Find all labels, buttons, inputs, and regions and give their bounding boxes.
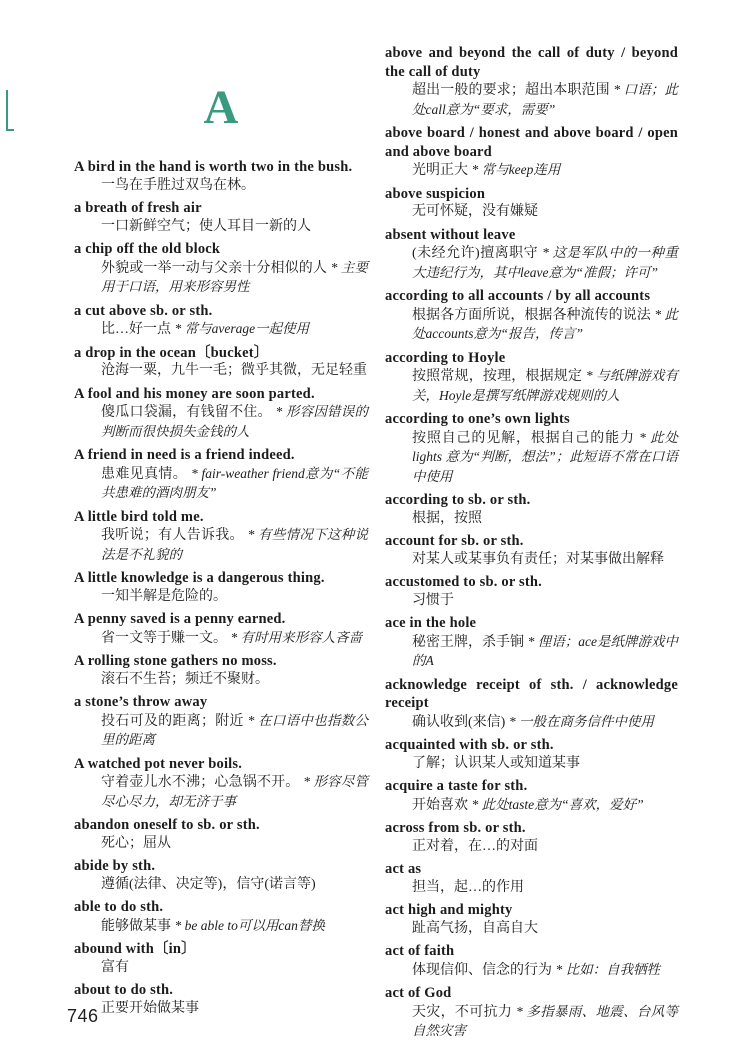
entry-headword: act of God bbox=[385, 984, 678, 1003]
definition-text: 天灾，不可抗力 bbox=[412, 1005, 512, 1020]
entry-definition: 省一文等于赚一文。 * 有时用来形容人吝啬 bbox=[74, 629, 368, 649]
entry-headword: A little knowledge is a dangerous thing. bbox=[74, 569, 368, 588]
dictionary-entry: account for sb. or sth. 对某人或某事负有责任；对某事做出… bbox=[385, 532, 678, 569]
entry-headword: absent without leave bbox=[385, 226, 678, 245]
entry-definition: 富有 bbox=[74, 959, 368, 978]
dictionary-entry: according to one’s own lights 按照自己的见解，根据… bbox=[385, 410, 678, 487]
usage-note: * 一般在商务信件中使用 bbox=[509, 714, 654, 729]
dictionary-entry: A bird in the hand is worth two in the b… bbox=[74, 158, 368, 195]
entry-definition: 正要开始做某事 bbox=[74, 1000, 368, 1019]
entry-headword: above suspicion bbox=[385, 185, 678, 204]
entry-headword: abide by sth. bbox=[74, 857, 368, 876]
entry-headword: a stone’s throw away bbox=[74, 693, 368, 712]
definition-text: 一口新鲜空气；使人耳目一新的人 bbox=[101, 219, 311, 234]
entry-headword: about to do sth. bbox=[74, 981, 368, 1000]
definition-text: 对某人或某事负有责任；对某事做出解释 bbox=[412, 552, 664, 567]
entry-headword: abound with〔in〕 bbox=[74, 940, 368, 959]
entry-headword: acknowledge receipt of sth. / acknowledg… bbox=[385, 676, 678, 713]
entry-headword: ace in the hole bbox=[385, 614, 678, 633]
definition-text: 习惯于 bbox=[412, 593, 454, 608]
entry-definition: 投石可及的距离；附近 * 在口语中也指数公里的距离 bbox=[74, 712, 368, 751]
dictionary-entry: ace in the hole 秘密王牌，杀手锏 * 俚语；ace是纸牌游戏中的… bbox=[385, 614, 678, 672]
dictionary-entry: above board / honest and above board / o… bbox=[385, 124, 678, 181]
entry-definition: 滚石不生苔；频迁不聚财。 bbox=[74, 671, 368, 690]
entry-headword: A bird in the hand is worth two in the b… bbox=[74, 158, 368, 177]
definition-text: 投石可及的距离；附近 bbox=[101, 714, 244, 729]
dictionary-entry: a breath of fresh air 一口新鲜空气；使人耳目一新的人 bbox=[74, 199, 368, 236]
entry-headword: above and beyond the call of duty / beyo… bbox=[385, 44, 678, 81]
entry-headword: across from sb. or sth. bbox=[385, 819, 678, 838]
entry-definition: 对某人或某事负有责任；对某事做出解释 bbox=[385, 551, 678, 570]
dictionary-entry: A little knowledge is a dangerous thing.… bbox=[74, 569, 368, 606]
entry-headword: A rolling stone gathers no moss. bbox=[74, 652, 368, 671]
definition-text: 趾高气扬，自高自大 bbox=[412, 921, 538, 936]
entry-definition: 确认收到(来信) * 一般在商务信件中使用 bbox=[385, 713, 678, 733]
definition-text: 省一文等于赚一文。 bbox=[101, 631, 227, 646]
dictionary-entry: A rolling stone gathers no moss. 滚石不生苔；频… bbox=[74, 652, 368, 689]
definition-text: 能够做某事 bbox=[101, 919, 171, 934]
entry-definition: 正对着，在…的对面 bbox=[385, 838, 678, 857]
entry-headword: a cut above sb. or sth. bbox=[74, 302, 368, 321]
entry-definition: 习惯于 bbox=[385, 592, 678, 611]
entry-headword: accustomed to sb. or sth. bbox=[385, 573, 678, 592]
dictionary-entry: able to do sth. 能够做某事 * be able to可以用can… bbox=[74, 898, 368, 936]
entry-definition: 担当，起…的作用 bbox=[385, 879, 678, 898]
definition-text: 超出一般的要求；超出本职范围 bbox=[412, 83, 610, 98]
entry-headword: A friend in need is a friend indeed. bbox=[74, 446, 368, 465]
dictionary-entry: absent without leave (未经允许)擅离职守 * 这是军队中的… bbox=[385, 226, 678, 284]
entry-headword: according to sb. or sth. bbox=[385, 491, 678, 510]
definition-text: 担当，起…的作用 bbox=[412, 880, 524, 895]
dictionary-entry: act of faith 体现信仰、信念的行为 * 比如：自我牺牲 bbox=[385, 942, 678, 980]
right-column: above and beyond the call of duty / beyo… bbox=[385, 44, 678, 1046]
entry-headword: according to all accounts / by all accou… bbox=[385, 287, 678, 306]
dictionary-entry: A friend in need is a friend indeed. 患难见… bbox=[74, 446, 368, 504]
entry-definition: 秘密王牌，杀手锏 * 俚语；ace是纸牌游戏中的A bbox=[385, 633, 678, 672]
entry-headword: a drop in the ocean〔bucket〕 bbox=[74, 344, 368, 363]
dictionary-entry: act as 担当，起…的作用 bbox=[385, 860, 678, 897]
dictionary-entry: a chip off the old block 外貌或一举一动与父亲十分相似的… bbox=[74, 240, 368, 298]
dictionary-entry: across from sb. or sth. 正对着，在…的对面 bbox=[385, 819, 678, 856]
entry-definition: 无可怀疑，没有嫌疑 bbox=[385, 203, 678, 222]
dictionary-entry: abandon oneself to sb. or sth. 死心；屈从 bbox=[74, 816, 368, 853]
left-column: A A bird in the hand is worth two in the… bbox=[74, 84, 368, 1022]
entry-definition: 沧海一粟，九牛一毛；微乎其微，无足轻重 bbox=[74, 362, 368, 381]
definition-text: 了解；认识某人或知道某事 bbox=[412, 756, 580, 771]
entry-definition: 外貌或一举一动与父亲十分相似的人 * 主要用于口语，用来形容男性 bbox=[74, 259, 368, 298]
definition-text: 正对着，在…的对面 bbox=[412, 839, 538, 854]
definition-text: 按照自己的见解，根据自己的能力 bbox=[412, 431, 635, 446]
definition-text: 秘密王牌，杀手锏 bbox=[412, 635, 524, 650]
definition-text: 外貌或一举一动与父亲十分相似的人 bbox=[101, 261, 327, 276]
definition-text: 我听说；有人告诉我。 bbox=[101, 528, 244, 543]
definition-text: 比…好一点 bbox=[101, 322, 171, 337]
entry-definition: (未经允许)擅离职守 * 这是军队中的一种重大违纪行为，其中leave意为“准假… bbox=[385, 244, 678, 283]
definition-text: 开始喜欢 bbox=[412, 798, 468, 813]
dictionary-entry: according to Hoyle 按照常规，按理，根据规定 * 与纸牌游戏有… bbox=[385, 349, 678, 407]
usage-note: * 常与keep连用 bbox=[472, 162, 561, 177]
definition-text: 无可怀疑，没有嫌疑 bbox=[412, 204, 538, 219]
definition-text: 一知半解是危险的。 bbox=[101, 589, 227, 604]
definition-text: 确认收到(来信) bbox=[412, 715, 505, 730]
entry-headword: A watched pot never boils. bbox=[74, 755, 368, 774]
dictionary-entry: accustomed to sb. or sth. 习惯于 bbox=[385, 573, 678, 610]
dictionary-entry: acquainted with sb. or sth. 了解；认识某人或知道某事 bbox=[385, 736, 678, 773]
definition-text: 遵循(法律、决定等)，信守(诺言等) bbox=[101, 877, 316, 892]
dictionary-entry: abound with〔in〕 富有 bbox=[74, 940, 368, 977]
dictionary-entry: A watched pot never boils. 守着壶儿水不沸；心急锅不开… bbox=[74, 755, 368, 813]
entry-headword: able to do sth. bbox=[74, 898, 368, 917]
dictionary-entry: according to all accounts / by all accou… bbox=[385, 287, 678, 345]
definition-text: 根据，按照 bbox=[412, 511, 482, 526]
entry-definition: 按照自己的见解，根据自己的能力 * 此处lights 意为“判断，想法”；此短语… bbox=[385, 429, 678, 488]
dictionary-entry: A little bird told me. 我听说；有人告诉我。 * 有些情况… bbox=[74, 508, 368, 566]
definition-text: 正要开始做某事 bbox=[101, 1001, 199, 1016]
dictionary-page: A A bird in the hand is worth two in the… bbox=[0, 0, 750, 1063]
dictionary-entry: A penny saved is a penny earned. 省一文等于赚一… bbox=[74, 610, 368, 648]
entry-headword: account for sb. or sth. bbox=[385, 532, 678, 551]
entry-definition: 开始喜欢 * 此处taste意为“喜欢，爱好” bbox=[385, 796, 678, 816]
entry-headword: act high and mighty bbox=[385, 901, 678, 920]
definition-text: 一鸟在手胜过双鸟在林。 bbox=[101, 178, 255, 193]
dictionary-entry: a drop in the ocean〔bucket〕 沧海一粟，九牛一毛；微乎… bbox=[74, 344, 368, 381]
dictionary-entry: abide by sth. 遵循(法律、决定等)，信守(诺言等) bbox=[74, 857, 368, 894]
entry-definition: 守着壶儿水不沸；心急锅不开。 * 形容尽管尽心尽力，却无济于事 bbox=[74, 773, 368, 812]
entry-definition: 遵循(法律、决定等)，信守(诺言等) bbox=[74, 876, 368, 895]
definition-text: 傻瓜口袋漏，有钱留不住。 bbox=[101, 405, 272, 420]
entry-headword: abandon oneself to sb. or sth. bbox=[74, 816, 368, 835]
entry-headword: A penny saved is a penny earned. bbox=[74, 610, 368, 629]
usage-note: * 有时用来形容人吝啬 bbox=[231, 630, 363, 645]
entry-headword: a breath of fresh air bbox=[74, 199, 368, 218]
entry-definition: 我听说；有人告诉我。 * 有些情况下这种说法是不礼貌的 bbox=[74, 526, 368, 565]
definition-text: 体现信仰、信念的行为 bbox=[412, 963, 552, 978]
entry-definition: 患难见真情。 * fair-weather friend意为“不能共患难的酒肉朋… bbox=[74, 465, 368, 504]
entry-definition: 一知半解是危险的。 bbox=[74, 588, 368, 607]
entry-definition: 超出一般的要求；超出本职范围 * 口语；此处call意为“要求，需要” bbox=[385, 81, 678, 120]
dictionary-entry: acknowledge receipt of sth. / acknowledg… bbox=[385, 676, 678, 733]
entry-headword: according to Hoyle bbox=[385, 349, 678, 368]
dictionary-entry: A fool and his money are soon parted. 傻瓜… bbox=[74, 385, 368, 443]
definition-text: 患难见真情。 bbox=[101, 467, 187, 482]
definition-text: 按照常规，按理，根据规定 bbox=[412, 369, 582, 384]
usage-note: * 常与average一起使用 bbox=[175, 321, 310, 336]
definition-text: 死心；屈从 bbox=[101, 836, 171, 851]
dictionary-entry: above and beyond the call of duty / beyo… bbox=[385, 44, 678, 120]
entry-definition: 天灾，不可抗力 * 多指暴雨、地震、台风等自然灾害 bbox=[385, 1003, 678, 1042]
definition-text: 根据各方面所说，根据各种流传的说法 bbox=[412, 308, 651, 323]
entry-headword: A fool and his money are soon parted. bbox=[74, 385, 368, 404]
dictionary-entry: acquire a taste for sth. 开始喜欢 * 此处taste意… bbox=[385, 777, 678, 815]
dictionary-entry: a cut above sb. or sth. 比…好一点 * 常与averag… bbox=[74, 302, 368, 340]
dictionary-entry: about to do sth. 正要开始做某事 bbox=[74, 981, 368, 1018]
definition-text: (未经允许)擅离职守 bbox=[412, 246, 538, 261]
entry-definition: 一鸟在手胜过双鸟在林。 bbox=[74, 177, 368, 196]
entry-definition: 光明正大 * 常与keep连用 bbox=[385, 161, 678, 181]
entry-definition: 根据各方面所说，根据各种流传的说法 * 此处accounts意为“报告，传言” bbox=[385, 306, 678, 345]
entry-definition: 了解；认识某人或知道某事 bbox=[385, 755, 678, 774]
entry-definition: 死心；屈从 bbox=[74, 835, 368, 854]
definition-text: 滚石不生苔；频迁不聚财。 bbox=[101, 672, 269, 687]
usage-note: * be able to可以用can替换 bbox=[175, 918, 325, 933]
entry-definition: 体现信仰、信念的行为 * 比如：自我牺牲 bbox=[385, 961, 678, 981]
entry-list-left: A bird in the hand is worth two in the b… bbox=[74, 158, 368, 1018]
entry-definition: 趾高气扬，自高自大 bbox=[385, 920, 678, 939]
entry-definition: 傻瓜口袋漏，有钱留不住。 * 形容因错误的判断而很快损失金钱的人 bbox=[74, 403, 368, 442]
entry-headword: above board / honest and above board / o… bbox=[385, 124, 678, 161]
page-number: 746 bbox=[67, 1006, 99, 1027]
entry-list-right: above and beyond the call of duty / beyo… bbox=[385, 44, 678, 1042]
entry-headword: act of faith bbox=[385, 942, 678, 961]
section-letter-heading: A bbox=[74, 84, 368, 132]
entry-definition: 根据，按照 bbox=[385, 510, 678, 529]
entry-definition: 一口新鲜空气；使人耳目一新的人 bbox=[74, 218, 368, 237]
dictionary-entry: according to sb. or sth. 根据，按照 bbox=[385, 491, 678, 528]
dictionary-entry: act of God 天灾，不可抗力 * 多指暴雨、地震、台风等自然灾害 bbox=[385, 984, 678, 1042]
dictionary-entry: act high and mighty 趾高气扬，自高自大 bbox=[385, 901, 678, 938]
dictionary-entry: a stone’s throw away 投石可及的距离；附近 * 在口语中也指… bbox=[74, 693, 368, 751]
entry-headword: acquire a taste for sth. bbox=[385, 777, 678, 796]
definition-text: 守着壶儿水不沸；心急锅不开。 bbox=[101, 775, 300, 790]
entry-headword: a chip off the old block bbox=[74, 240, 368, 259]
entry-definition: 按照常规，按理，根据规定 * 与纸牌游戏有关，Hoyle是撰写纸牌游戏规则的人 bbox=[385, 367, 678, 406]
definition-text: 光明正大 bbox=[412, 163, 468, 178]
entry-headword: according to one’s own lights bbox=[385, 410, 678, 429]
definition-text: 富有 bbox=[101, 960, 129, 975]
definition-text: 沧海一粟，九牛一毛；微乎其微，无足轻重 bbox=[101, 363, 367, 378]
entry-headword: acquainted with sb. or sth. bbox=[385, 736, 678, 755]
usage-note: * 比如：自我牺牲 bbox=[556, 962, 661, 977]
entry-definition: 能够做某事 * be able to可以用can替换 bbox=[74, 917, 368, 937]
entry-headword: act as bbox=[385, 860, 678, 879]
entry-headword: A little bird told me. bbox=[74, 508, 368, 527]
dictionary-entry: above suspicion 无可怀疑，没有嫌疑 bbox=[385, 185, 678, 222]
margin-bracket-mark bbox=[6, 90, 14, 131]
entry-definition: 比…好一点 * 常与average一起使用 bbox=[74, 320, 368, 340]
usage-note: * 此处taste意为“喜欢，爱好” bbox=[472, 797, 644, 812]
